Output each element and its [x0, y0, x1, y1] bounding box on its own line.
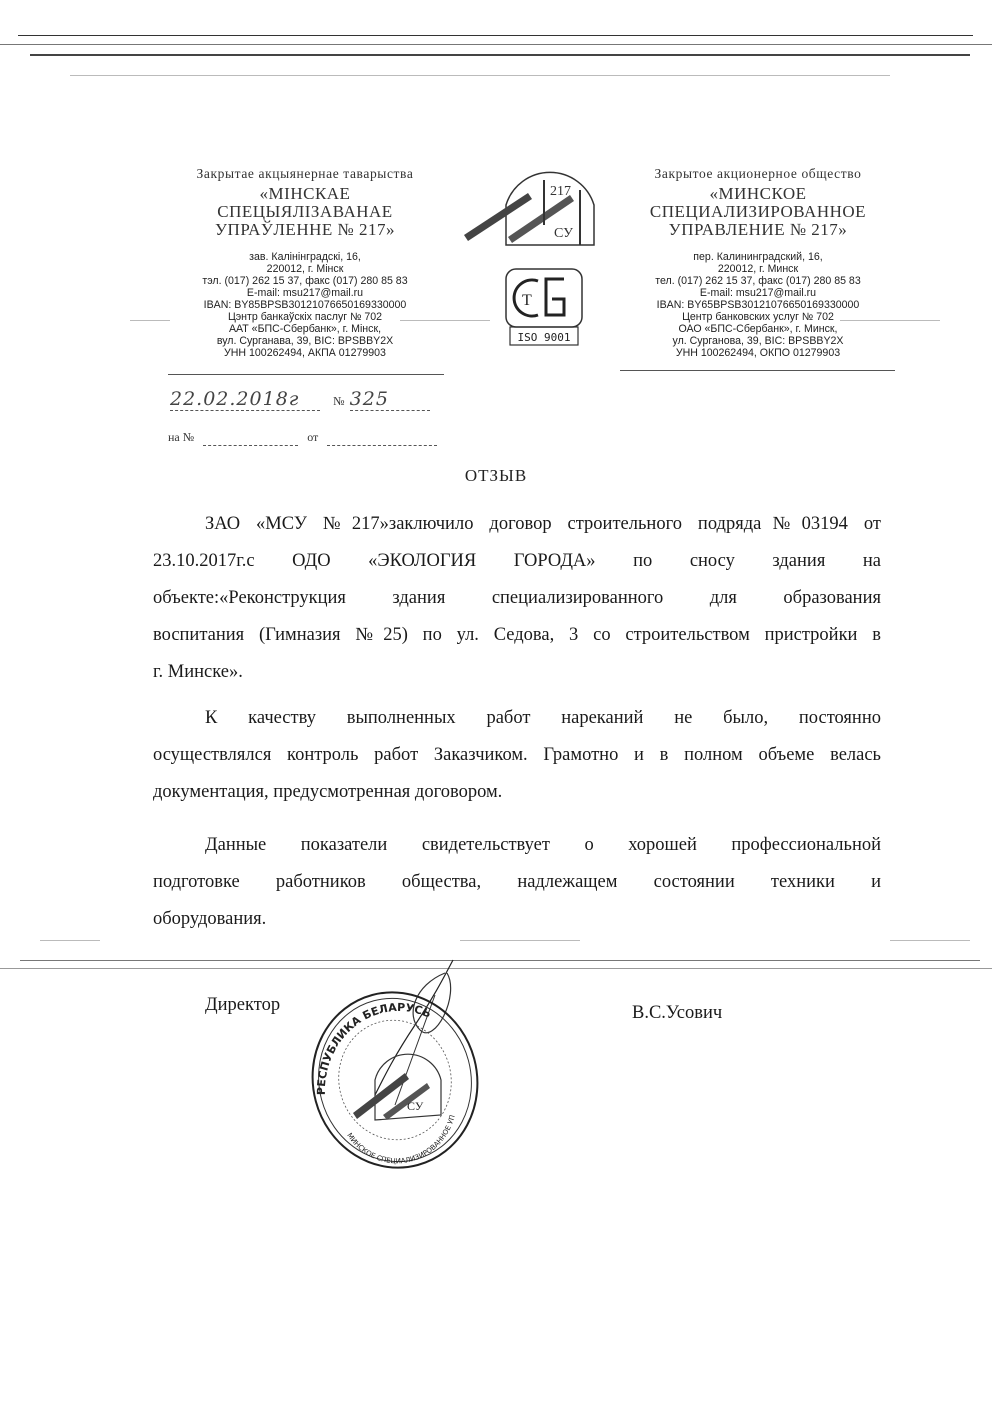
iso-cert-badge: T ISO 9001	[502, 265, 586, 349]
scan-line	[840, 320, 940, 321]
svg-text:РЕСПУБЛИКА БЕЛАРУСЬ: РЕСПУБЛИКА БЕЛАРУСЬ	[315, 1001, 433, 1095]
text-line: объекте:«Реконструкция здания специализи…	[153, 580, 881, 617]
scan-line	[130, 320, 170, 321]
svg-text:СУ: СУ	[407, 1099, 424, 1113]
text-line: Данные показатели свидетельствует о хоро…	[153, 827, 881, 864]
ref-number-label: на №	[168, 430, 194, 444]
msu-logo-icon: 217 СУ	[458, 165, 598, 255]
svg-text:217: 217	[550, 184, 571, 199]
ref-date-label: от	[307, 430, 318, 444]
stb-iso-icon: T ISO 9001	[502, 265, 586, 349]
outgoing-reference: 22.02.2018г № 325	[170, 388, 430, 411]
text-line: 23.10.2017г.с ОДО «ЭКОЛОГИЯ ГОРОДА» по с…	[153, 543, 881, 580]
org-name-ru: «МИНСКОЕ СПЕЦИАЛИЗИРОВАННОЕ УПРАВЛЕНИЕ №…	[598, 185, 918, 239]
org-type-ru: Закрытое акционерное общество	[598, 166, 918, 182]
official-stamp: РЕСПУБЛИКА БЕЛАРУСЬ МИНСКОЕ СПЕЦИАЛИЗИРО…	[295, 955, 505, 1175]
text-line: воспитания (Гимназия №25) по ул. Седова,…	[153, 617, 881, 654]
scan-line	[30, 54, 970, 56]
letterhead-right: Закрытое акционерное общество «МИНСКОЕ С…	[598, 166, 918, 359]
text-line: оборудования.	[153, 901, 881, 938]
scan-line	[0, 44, 992, 45]
ref-date-field	[327, 430, 437, 446]
requisites-ru: пер. Калининградский, 16, 220012, г. Мин…	[598, 251, 918, 359]
scan-line	[40, 940, 100, 941]
text-line: ЗАО «МСУ №217»заключило договор строител…	[153, 506, 881, 543]
text-line: осуществлялся контроль работ Заказчиком.…	[153, 737, 881, 774]
paragraph-quality: К качеству выполненных работ нареканий н…	[153, 700, 881, 811]
text-line: документация, предусмотренная договором.	[153, 774, 881, 811]
company-logo: 217 СУ	[458, 165, 598, 255]
requisites-by: зав. Калінінградскі, 16, 220012, г. Мінс…	[150, 251, 460, 359]
scan-line	[18, 35, 973, 36]
svg-text:ISO 9001: ISO 9001	[518, 331, 571, 344]
outgoing-date: 22.02.2018г	[170, 388, 320, 411]
paragraph-contract: ЗАО «МСУ №217»заключило договор строител…	[153, 506, 881, 691]
number-label: №	[333, 394, 344, 408]
text-line: подготовке работников общества, надлежащ…	[153, 864, 881, 901]
scan-line	[70, 75, 890, 76]
org-name-by: «МІНСКАЕ СПЕЦЫЯЛІЗАВАНАЕ УПРАЎЛЕННЕ № 21…	[150, 185, 460, 239]
incoming-reference: на № от	[168, 430, 437, 446]
document-title: ОТЗЫВ	[0, 466, 992, 486]
scan-line	[890, 940, 970, 941]
round-seal-icon: РЕСПУБЛИКА БЕЛАРУСЬ МИНСКОЕ СПЕЦИАЛИЗИРО…	[295, 955, 505, 1175]
scan-line	[400, 320, 490, 321]
ref-number-field	[203, 430, 298, 446]
paragraph-conclusion: Данные показатели свидетельствует о хоро…	[153, 827, 881, 938]
svg-text:T: T	[522, 292, 532, 309]
svg-text:МИНСКОЕ СПЕЦИАЛИЗИРОВАННОЕ УПР: МИНСКОЕ СПЕЦИАЛИЗИРОВАННОЕ УПРАВЛЕНИЕ №2…	[295, 955, 457, 1165]
header-rule	[168, 374, 444, 375]
svg-text:СУ: СУ	[554, 226, 573, 241]
signatory-name: В.С.Усович	[632, 1003, 722, 1024]
text-line: г. Минске».	[153, 654, 881, 691]
letterhead-left: Закрытае акцыянернае таварыства «МІНСКАЕ…	[150, 166, 460, 359]
signatory-position: Директор	[205, 995, 280, 1016]
scan-line	[460, 940, 580, 941]
text-line: К качеству выполненных работ нареканий н…	[153, 700, 881, 737]
org-type-by: Закрытае акцыянернае таварыства	[150, 166, 460, 182]
header-rule	[620, 370, 895, 371]
outgoing-number: 325	[350, 388, 430, 411]
